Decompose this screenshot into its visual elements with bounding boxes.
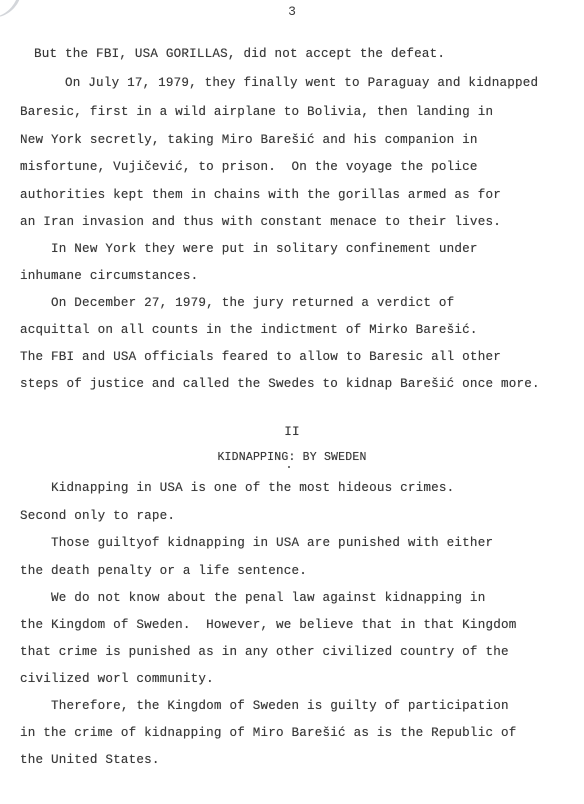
text-line: in the crime of kidnapping of Miro Bareš… bbox=[20, 725, 516, 741]
page-number: 3 bbox=[0, 4, 584, 19]
text-line: steps of justice and called the Swedes t… bbox=[20, 376, 540, 392]
text-line: inhumane circumstances. bbox=[20, 268, 198, 284]
text-line: We do not know about the penal law again… bbox=[20, 590, 485, 606]
section-heading: KIDNAPPING: BY SWEDEN bbox=[0, 450, 584, 466]
text-line: Those guiltyof kidnapping in USA are pun… bbox=[20, 535, 493, 551]
text-line: But the FBI, USA GORILLAS, did not accep… bbox=[34, 46, 445, 62]
text-line: authorities kept them in chains with the… bbox=[20, 187, 501, 203]
text-line: an Iran invasion and thus with constant … bbox=[20, 214, 501, 230]
text-line: the Kingdom of Sweden. However, we belie… bbox=[20, 617, 516, 633]
text-line: Therefore, the Kingdom of Sweden is guil… bbox=[20, 698, 509, 714]
text-line: that crime is punished as in any other c… bbox=[20, 644, 509, 660]
stray-mark bbox=[288, 466, 290, 468]
text-line: On December 27, 1979, the jury returned … bbox=[20, 295, 454, 311]
text-line: Baresic, first in a wild airplane to Bol… bbox=[20, 104, 493, 120]
text-line: civilized worl community. bbox=[20, 671, 214, 687]
text-line: On July 17, 1979, they finally went to P… bbox=[34, 75, 538, 91]
text-line: misfortune, Vujičević, to prison. On the… bbox=[20, 159, 478, 175]
text-line: Second only to rape. bbox=[20, 508, 175, 524]
text-line: acquittal on all counts in the indictmen… bbox=[20, 322, 478, 338]
section-numeral: II bbox=[0, 424, 584, 440]
text-line: New York secretly, taking Miro Barešić a… bbox=[20, 132, 478, 148]
text-line: Kidnapping in USA is one of the most hid… bbox=[20, 480, 454, 496]
text-line: In New York they were put in solitary co… bbox=[20, 241, 478, 257]
text-line: the United States. bbox=[20, 752, 160, 768]
text-line: the death penalty or a life sentence. bbox=[20, 563, 307, 579]
text-line: The FBI and USA officials feared to allo… bbox=[20, 349, 501, 365]
